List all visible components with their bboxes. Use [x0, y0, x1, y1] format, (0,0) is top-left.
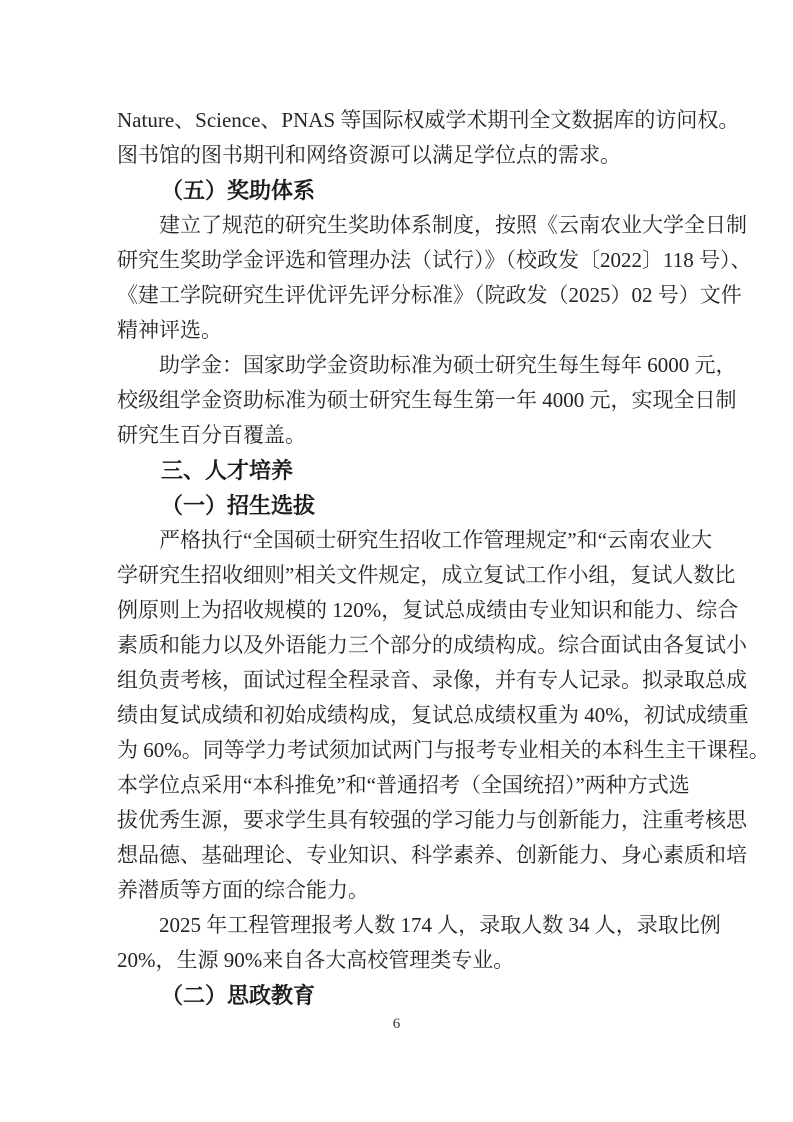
paragraph-line: 校级组学金资助标准为硕士研究生每生第一年 4000 元，实现全日制	[117, 383, 687, 418]
paragraph-line: 为 60%。同等学力考试须加试两门与报考专业相关的本科生主干课程。	[117, 733, 687, 768]
page-number: 6	[0, 1014, 793, 1034]
paragraph-line: 图书馆的图书期刊和网络资源可以满足学位点的需求。	[117, 138, 687, 173]
paragraph-line: 研究生百分百覆盖。	[117, 418, 687, 453]
section-heading: （五）奖助体系	[117, 173, 687, 208]
paragraph-line: 建立了规范的研究生奖助体系制度，按照《云南农业大学全日制	[117, 208, 687, 243]
paragraph-line: 拔优秀生源，要求学生具有较强的学习能力与创新能力，注重考核思	[117, 803, 687, 838]
paragraph-line: 精神评选。	[117, 313, 687, 348]
paragraph-line: 严格执行“全国硕士研究生招收工作管理规定”和“云南农业大	[117, 523, 687, 558]
paragraph-line: 想品德、基础理论、专业知识、科学素养、创新能力、身心素质和培	[117, 838, 687, 873]
section-heading: 三、人才培养	[117, 453, 687, 488]
document-page: Nature、Science、PNAS 等国际权威学术期刊全文数据库的访问权。图…	[0, 0, 793, 1122]
section-heading: （一）招生选拔	[117, 488, 687, 523]
paragraph-line: 研究生奖助学金评选和管理办法（试行）》（校政发〔2022〕118 号）、	[117, 243, 687, 278]
document-body: Nature、Science、PNAS 等国际权威学术期刊全文数据库的访问权。图…	[117, 103, 687, 1013]
paragraph-line: 2025 年工程管理报考人数 174 人，录取人数 34 人，录取比例	[117, 908, 687, 943]
paragraph-line: 《建工学院研究生评优评先评分标准》（院政发（2025）02 号）文件	[117, 278, 687, 313]
paragraph-line: 素质和能力以及外语能力三个部分的成绩构成。综合面试由各复试小	[117, 628, 687, 663]
paragraph-line: 绩由复试成绩和初始成绩构成，复试总成绩权重为 40%，初试成绩重	[117, 698, 687, 733]
paragraph-line: 学研究生招收细则”相关文件规定，成立复试工作小组，复试人数比	[117, 558, 687, 593]
paragraph-line: 例原则上为招收规模的 120%，复试总成绩由专业知识和能力、综合	[117, 593, 687, 628]
paragraph-line: Nature、Science、PNAS 等国际权威学术期刊全文数据库的访问权。	[117, 103, 687, 138]
paragraph-line: 助学金：国家助学金资助标准为硕士研究生每生每年 6000 元，	[117, 348, 687, 383]
section-heading: （二）思政教育	[117, 978, 687, 1013]
paragraph-line: 20%，生源 90%来自各大高校管理类专业。	[117, 943, 687, 978]
paragraph-line: 本学位点采用“本科推免”和“普通招考（全国统招）”两种方式选	[117, 768, 687, 803]
paragraph-line: 组负责考核，面试过程全程录音、录像，并有专人记录。拟录取总成	[117, 663, 687, 698]
paragraph-line: 养潜质等方面的综合能力。	[117, 873, 687, 908]
